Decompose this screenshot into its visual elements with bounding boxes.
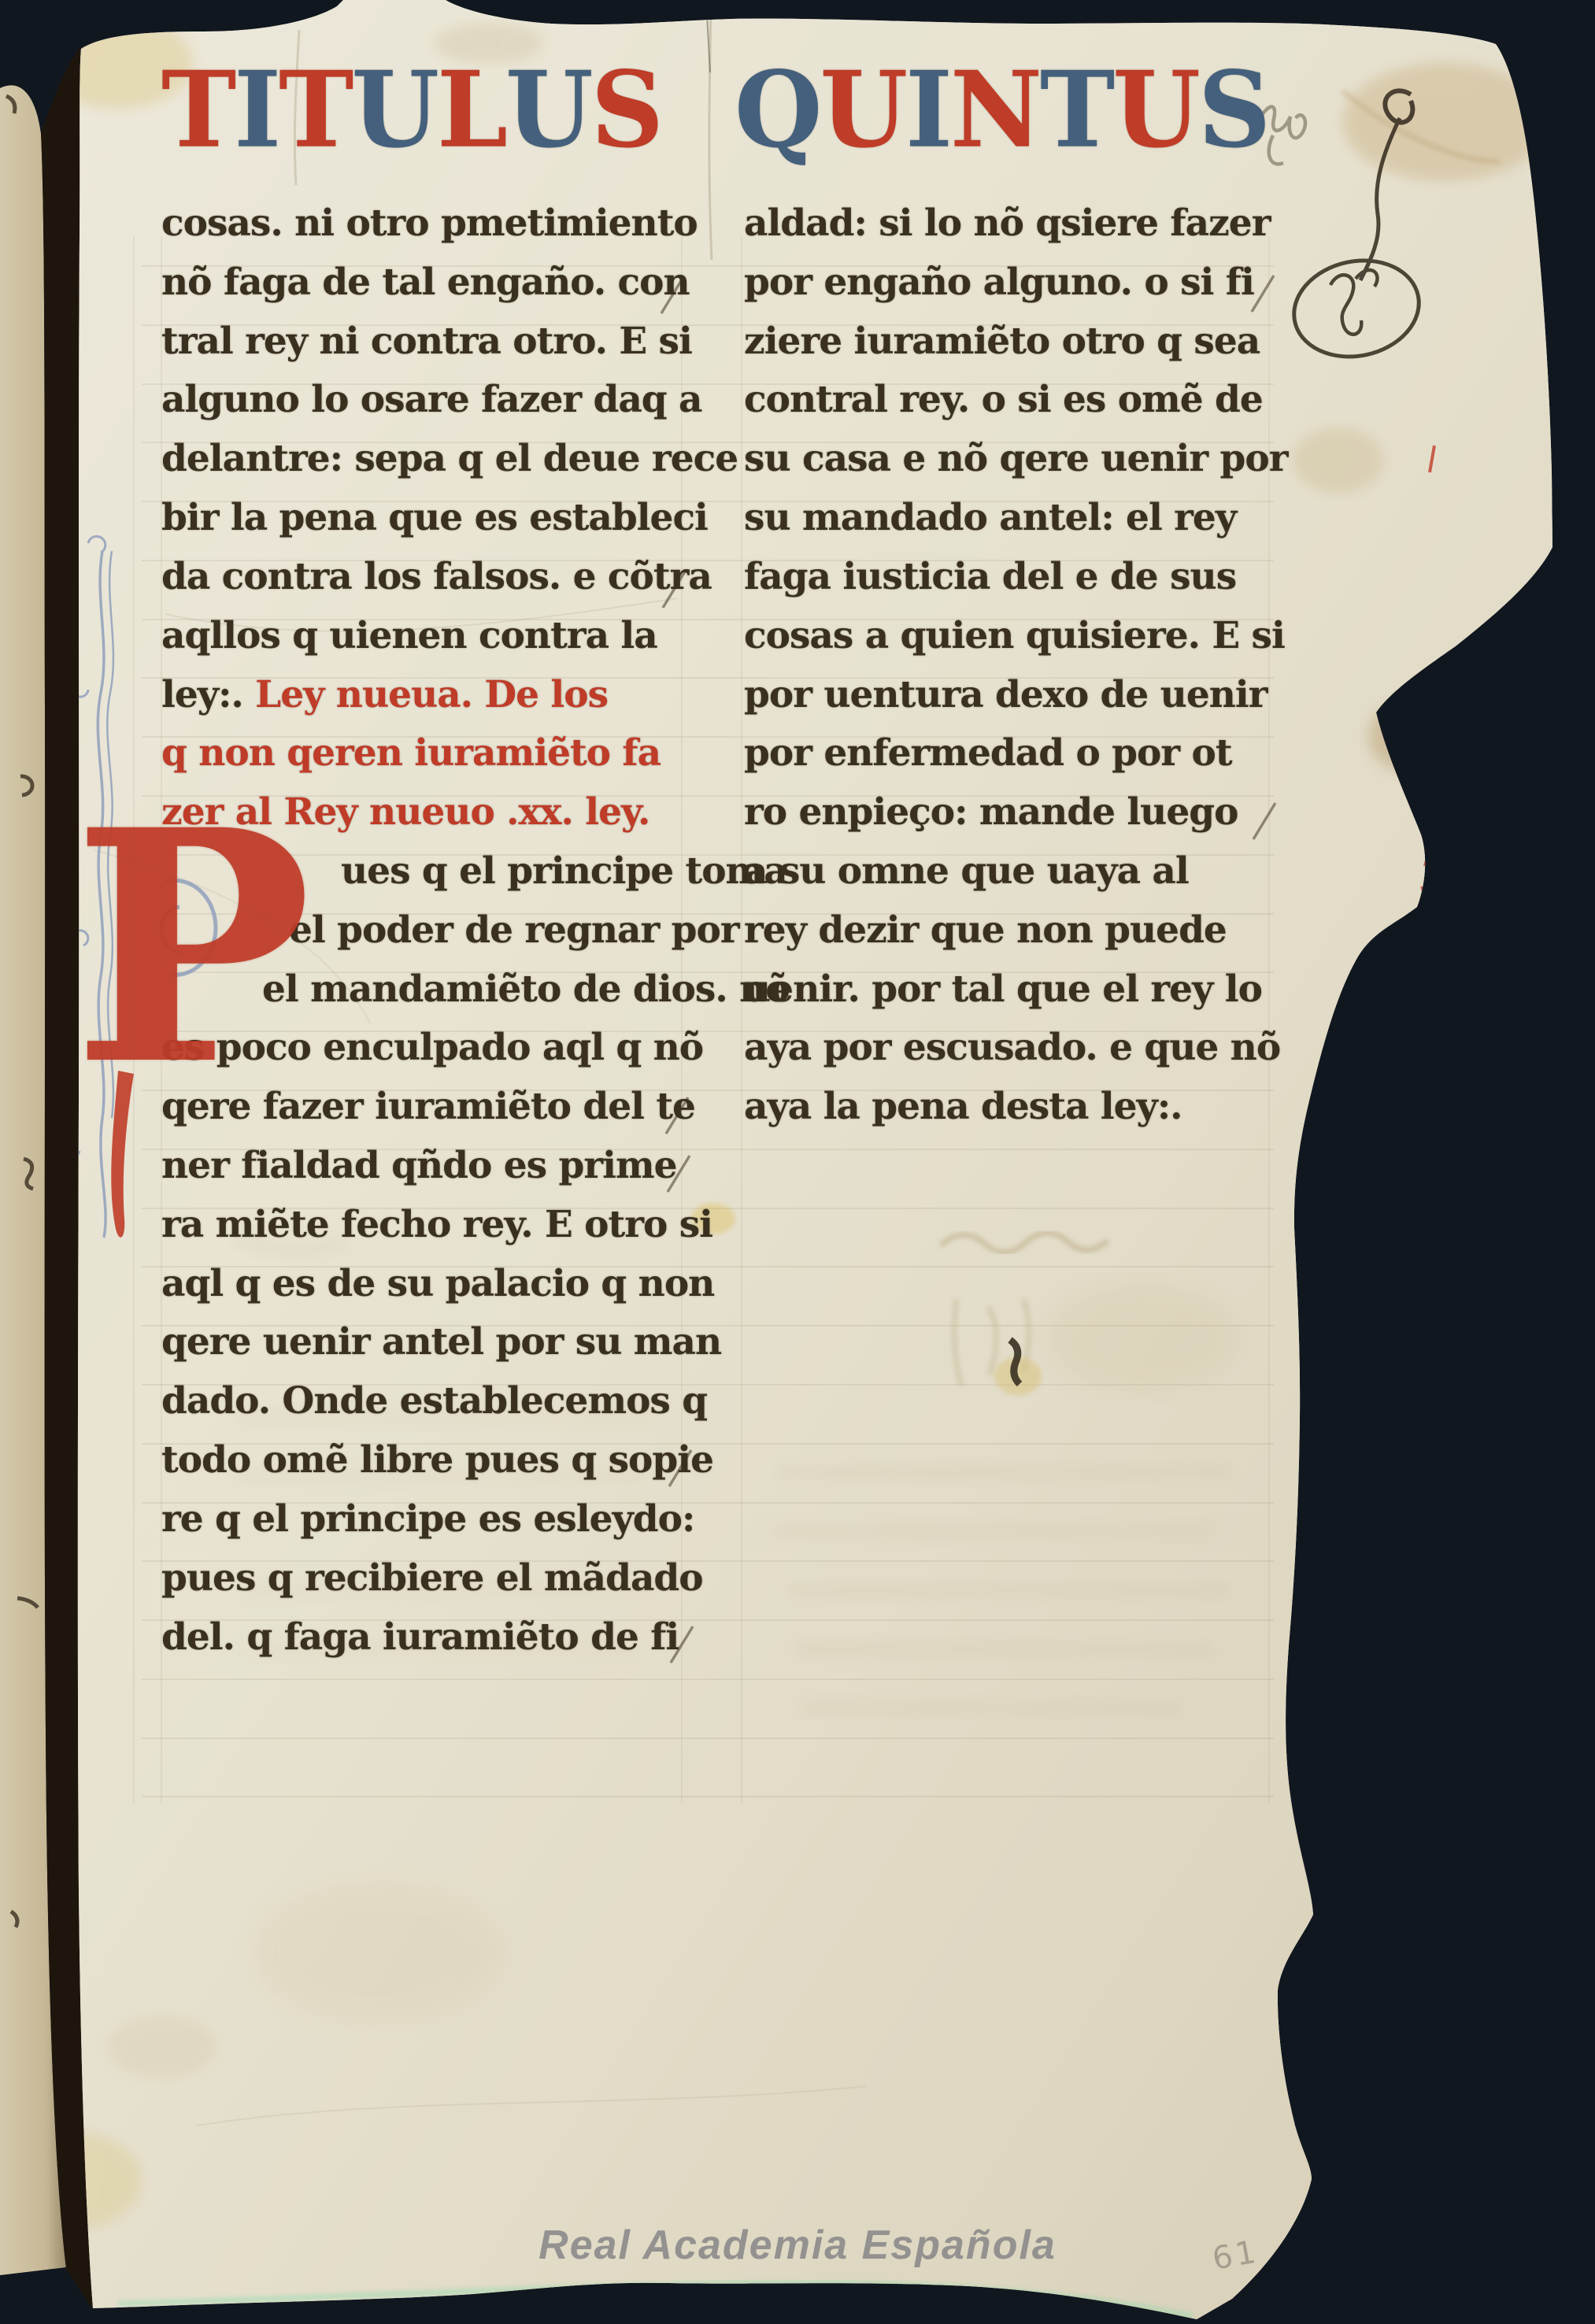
manuscript-page: TITULUS QUINTUS cosas. ni otro pmetimien… bbox=[0, 0, 1595, 2324]
text-line: del. q faga iuramiẽto de fi bbox=[161, 1612, 697, 1671]
text-line: a su omne que uaya al bbox=[744, 846, 1295, 905]
institution-watermark: Real Academia Española bbox=[538, 2222, 1057, 2269]
text-line: pues q recibiere el mãdado bbox=[161, 1553, 697, 1612]
text-line: qere uenir antel por su man bbox=[161, 1317, 697, 1376]
title-letter: T bbox=[1040, 57, 1112, 162]
text-line: ra miẽte fecho rey. E otro si bbox=[161, 1200, 697, 1259]
text-line: aqllos q uienen contra la bbox=[161, 611, 697, 670]
text-line: da contra los falsos. e cõtra bbox=[161, 552, 697, 611]
text-line: ro enpieço: mande luego bbox=[744, 787, 1295, 846]
rubric-segment: Ley nueua. De los bbox=[255, 673, 608, 716]
text-line: tral rey ni contra otro. E si bbox=[161, 316, 697, 376]
text-line: nõ faga de tal engaño. con bbox=[161, 257, 697, 316]
text-line: alguno lo osare fazer daq a bbox=[161, 375, 697, 434]
text-line: por enfermedad o por ot bbox=[744, 728, 1295, 787]
text-line: contral rey. o si es omẽ de bbox=[744, 375, 1295, 434]
running-title-right: QUINTUS bbox=[735, 60, 1286, 161]
text-line: aql q es de su palacio q non bbox=[161, 1259, 697, 1318]
title-letter: S bbox=[591, 57, 661, 162]
text-line: ner fialdad qñdo es prime bbox=[161, 1141, 697, 1200]
text-line: cosas. ni otro pmetimiento bbox=[161, 198, 697, 257]
text-line: ziere iuramiẽto otro q sea bbox=[744, 316, 1295, 376]
text-line: delantre: sepa q el deue rece bbox=[161, 434, 697, 493]
text-line: cosas a quien quisiere. E si bbox=[744, 611, 1295, 670]
title-letter: I bbox=[234, 57, 279, 162]
drop-cap-initial-p: P bbox=[72, 789, 313, 1108]
title-letter: U bbox=[351, 57, 437, 162]
title-letter: S bbox=[1198, 57, 1268, 162]
text-line: re q el principe es esleydo: bbox=[161, 1494, 697, 1553]
text-line: bir la pena que es estableci bbox=[161, 493, 697, 552]
text-line: aya la pena desta ley:. bbox=[744, 1082, 1295, 1141]
text-line: su mandado antel: el rey bbox=[744, 493, 1295, 552]
text-line: aya por escusado. e que nõ bbox=[744, 1023, 1295, 1082]
title-letter: I bbox=[905, 57, 950, 162]
text-line: faga iusticia del e de sus bbox=[744, 552, 1295, 611]
text-line: su casa e nõ qere uenir por bbox=[744, 434, 1295, 493]
text-segment: ley:. bbox=[161, 673, 243, 716]
text-line: por uentura dexo de uenir bbox=[744, 670, 1295, 729]
title-letter: T bbox=[279, 57, 351, 162]
title-letter: U bbox=[505, 57, 591, 162]
title-letter: L bbox=[437, 57, 505, 162]
text-line: dado. Onde establecemos q bbox=[161, 1376, 697, 1435]
text-line: uenir. por tal que el rey lo bbox=[744, 964, 1295, 1023]
text-line: aldad: si lo nõ qsiere fazer bbox=[744, 198, 1295, 257]
running-title-left: TITULUS bbox=[161, 60, 673, 161]
title-letter: U bbox=[1112, 57, 1198, 162]
text-line: rey dezir que non puede bbox=[744, 905, 1295, 964]
text-line: todo omẽ libre pues q sopie bbox=[161, 1435, 697, 1494]
text-line-with-rubric: ley:. Ley nueua. De los bbox=[161, 670, 697, 729]
title-letter: N bbox=[950, 57, 1040, 162]
title-letter: T bbox=[161, 57, 234, 162]
text-line: por engaño alguno. o si fi bbox=[744, 257, 1295, 316]
title-letter: U bbox=[820, 57, 906, 162]
title-letter: Q bbox=[735, 57, 820, 162]
